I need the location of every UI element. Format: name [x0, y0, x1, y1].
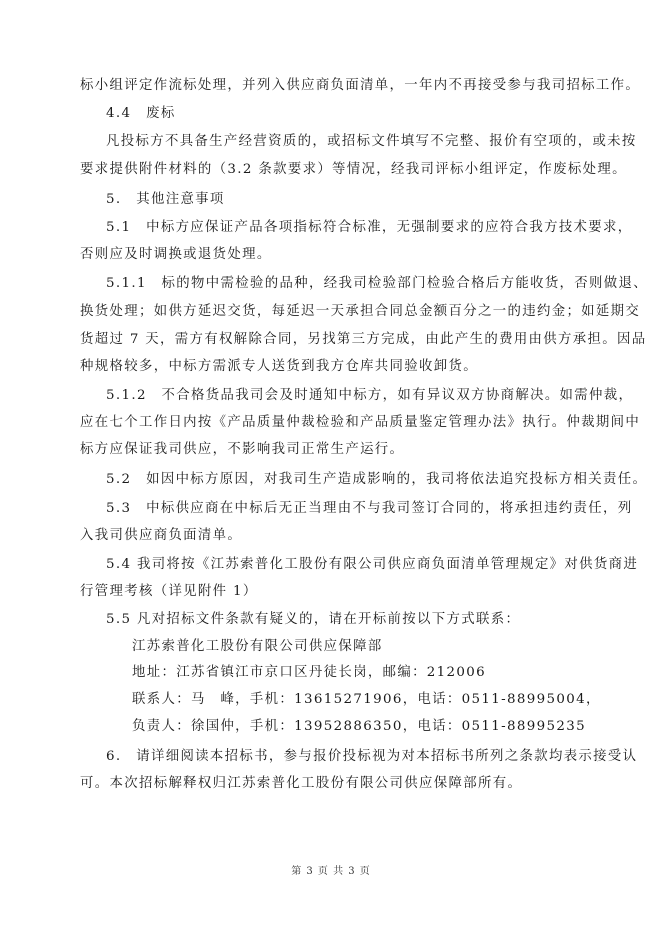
- text-line: 4.4 废标: [106, 105, 176, 123]
- text-line: 否则应及时调换或退货处理。: [80, 246, 272, 264]
- text-line: 5.5 凡对招标文件条款有疑义的，请在开标前按以下方式联系：: [106, 611, 520, 629]
- text-line: 种规格较多，中标方需派专人送货到我方仓库共同验收卸货。: [80, 358, 478, 376]
- text-line: 联系人：马 峰，手机：13615271906，电话：0511-88995004，: [132, 691, 601, 709]
- text-line: 标小组评定作流标处理，并列入供应商负面清单，一年内不再接受参与我司招标工作。: [80, 77, 640, 95]
- text-line: 入我司供应商负面清单。: [80, 527, 242, 545]
- text-line: 货超过 7 天，需方有权解除合同，另找第三方完成，由此产生的费用由供方承担。因品: [80, 331, 646, 349]
- text-line: 要求提供附件材料的（3.2 条款要求）等情况，经我司评标小组评定，作废标处理。: [80, 161, 627, 179]
- text-line: 5.4 我司将按《江苏索普化工股份有限公司供应商负面清单管理规定》对供货商进: [106, 556, 638, 574]
- text-line: 5.3 中标供应商在中标后无正当理由不与我司签订合同的，将承担违约责任，列: [106, 500, 633, 518]
- text-line: 江苏索普化工股份有限公司供应保障部: [132, 638, 383, 656]
- text-line: 可。本次招标解释权归江苏索普化工股份有限公司供应保障部所有。: [80, 775, 522, 793]
- text-line: 5.1.1 标的物中需检验的品种，经我司检验部门检验合格后方能收货，否则做退、: [106, 275, 648, 293]
- text-line: 5. 其他注意事项: [106, 191, 225, 209]
- document-page: 标小组评定作流标处理，并列入供应商负面清单，一年内不再接受参与我司招标工作。4.…: [0, 0, 662, 936]
- text-line: 换货处理；如供方延迟交货，每延迟一天承担合同总金额百分之一的违约金；如延期交: [80, 303, 640, 321]
- text-line: 5.2 如因中标方原因，对我司生产造成影响的，我司将依法追究投标方相关责任。: [106, 471, 647, 489]
- text-line: 负责人：徐国仲，手机：13952886350，电话：0511-88995235: [132, 718, 586, 736]
- page-footer: 第 3 页 共 3 页: [0, 862, 662, 877]
- text-line: 地址：江苏省镇江市京口区丹徒长岗，邮编：212006: [132, 664, 486, 682]
- text-line: 5.1.2 不合格货品我司会及时通知中标方，如有异议双方协商解决。如需仲裁，: [106, 387, 633, 405]
- text-line: 标方应保证我司供应，不影响我司正常生产运行。: [80, 441, 404, 459]
- text-line: 6. 请详细阅读本招标书，参与报价投标视为对本招标书所列之条款均表示接受认: [106, 748, 637, 766]
- text-line: 应在七个工作日内按《产品质量仲裁检验和产品质量鉴定管理办法》执行。仲裁期间中: [80, 414, 640, 432]
- text-line: 凡投标方不具备生产经营资质的，或招标文件填写不完整、报价有空项的，或未按: [106, 133, 637, 151]
- text-line: 行管理考核（详见附件 1）: [80, 583, 258, 601]
- text-line: 5.1 中标方应保证产品各项指标符合标准，无强制要求的应符合我方技术要求，: [106, 219, 633, 237]
